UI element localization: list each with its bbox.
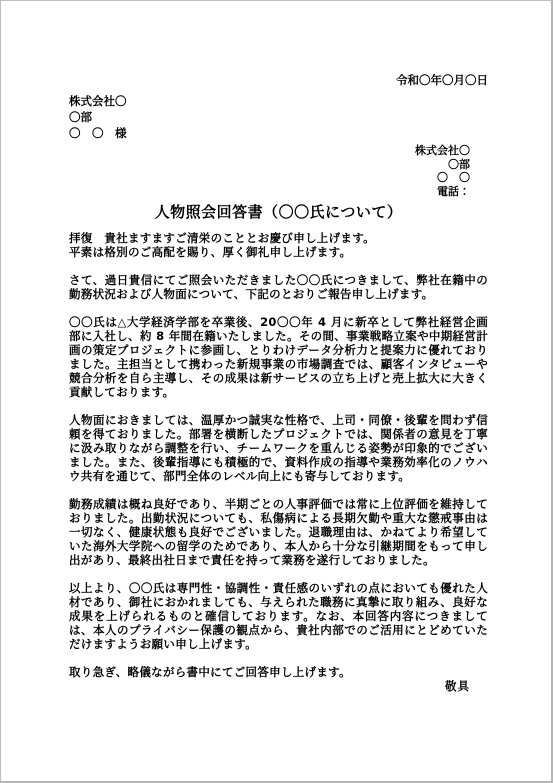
- body-paragraph-greeting: 拝復 貴社ますますご清栄のこととお慶び申し上げます。 平素は格別のご高配を賜り、…: [69, 231, 488, 259]
- body-paragraph-signoff: 取り急ぎ、略儀ながら書中にてご回答申し上げます。: [69, 665, 488, 679]
- sender-department: 〇部: [69, 158, 470, 172]
- document-title: 人物照会回答書（〇〇氏について）: [69, 203, 488, 221]
- recipient-company: 株式会社〇: [69, 93, 488, 109]
- body-paragraph-performance: 勤務成績は概ね良好であり、半期ごとの人事評価では常に上位評価を維持しておりました…: [69, 497, 488, 567]
- sender-block: 株式会社〇 〇部 〇 〇 電話：: [69, 144, 488, 198]
- sender-company: 株式会社〇: [69, 144, 470, 158]
- sender-phone: 電話：: [69, 185, 470, 199]
- recipient-department: 〇部: [69, 109, 488, 125]
- recipient-block: 株式会社〇 〇部 〇 〇 様: [69, 93, 488, 141]
- sender-person: 〇 〇: [69, 171, 470, 185]
- letter-date: 令和〇年〇月〇日: [69, 73, 488, 87]
- body-paragraph-career: 〇〇氏は△大学経済学部を卒業後、20〇〇年 4 月に新卒として弊社経営企画部に入…: [69, 315, 488, 399]
- body-paragraph-conclusion: 以上より、〇〇氏は専門性・協調性・責任感のいずれの点においても優れた人材であり、…: [69, 581, 488, 651]
- recipient-person: 〇 〇 様: [69, 125, 488, 141]
- letter-body: 拝復 貴社ますますご清栄のこととお慶び申し上げます。 平素は格別のご高配を賜り、…: [69, 231, 488, 679]
- closing-salutation: 敬具: [69, 679, 488, 694]
- document-page: 令和〇年〇月〇日 株式会社〇 〇部 〇 〇 様 株式会社〇 〇部 〇 〇 電話：…: [0, 0, 553, 783]
- letter-content: 令和〇年〇月〇日 株式会社〇 〇部 〇 〇 様 株式会社〇 〇部 〇 〇 電話：…: [1, 1, 551, 694]
- body-paragraph-personality: 人物面におきましては、温厚かつ誠実な性格で、上司・同僚・後輩を問わず信頼を得てお…: [69, 413, 488, 483]
- body-paragraph-purpose: さて、過日貴信にてご照会いただきました〇〇氏につきまして、弊社在籍中の勤務状況お…: [69, 273, 488, 301]
